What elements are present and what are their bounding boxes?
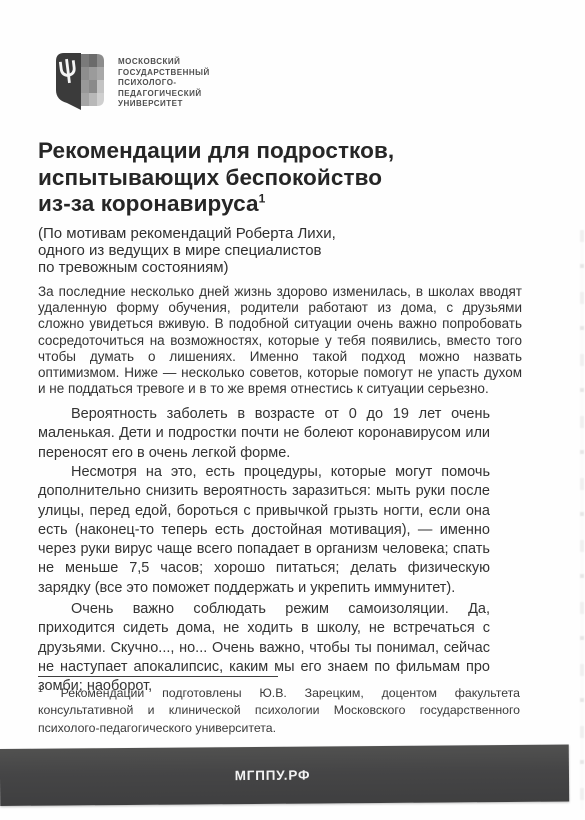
page-title: Рекомендации для подростков, испытывающи… bbox=[38, 138, 543, 218]
footnote: 1 Рекомендации подготовлены Ю.В. Зарецки… bbox=[38, 685, 520, 737]
title-block: Рекомендации для подростков, испытывающи… bbox=[38, 138, 543, 276]
document-page: МОСКОВСКИЙ ГОСУДАРСТВЕННЫЙ ПСИХОЛОГО- ПЕ… bbox=[0, 0, 585, 820]
title-line-text: из-за коронавируса bbox=[38, 191, 259, 216]
scan-artifact-right-edge bbox=[580, 230, 584, 810]
site-url: МГППУ.РФ bbox=[235, 768, 311, 784]
paragraph-self-isolation: Очень важно соблюдать режим самоизоляции… bbox=[38, 600, 490, 696]
psi-shield-icon bbox=[55, 52, 105, 114]
subtitle: (По мотивам рекомендаций Роберта Лихи, о… bbox=[38, 225, 543, 277]
title-line: Рекомендации для подростков, bbox=[38, 138, 543, 165]
subtitle-line: одного из ведущих в мире специалистов bbox=[38, 242, 543, 259]
footnote-separator bbox=[38, 676, 278, 677]
footnote-text: Рекомендации подготовлены Ю.В. Зарецким,… bbox=[38, 686, 520, 735]
subtitle-line: по тревожным состояниям) bbox=[38, 259, 543, 276]
title-line: из-за коронавируса1 bbox=[38, 191, 543, 218]
paragraph-intro: За последние несколько дней жизнь здоров… bbox=[38, 284, 522, 397]
paragraph-prevention: Несмотря на это, есть процедуры, которые… bbox=[38, 463, 490, 598]
subtitle-line: (По мотивам рекомендаций Роберта Лихи, bbox=[38, 225, 543, 242]
footer-bar: МГППУ.РФ bbox=[0, 745, 569, 806]
university-name-line: ПСИХОЛОГО- bbox=[118, 78, 210, 89]
footnote-marker: 1 bbox=[38, 684, 43, 694]
paragraph-probability: Вероятность заболеть в возрасте от 0 до … bbox=[38, 405, 490, 463]
title-line: испытывающих беспокойство bbox=[38, 165, 543, 192]
university-name-line: МОСКОВСКИЙ bbox=[118, 57, 210, 68]
university-logo bbox=[55, 52, 105, 114]
university-name-line: ГОСУДАРСТВЕННЫЙ bbox=[118, 68, 210, 79]
university-name-line: ПЕДАГОГИЧЕСКИЙ bbox=[118, 89, 210, 100]
university-name-line: УНИВЕРСИТЕТ bbox=[118, 99, 210, 110]
university-name: МОСКОВСКИЙ ГОСУДАРСТВЕННЫЙ ПСИХОЛОГО- ПЕ… bbox=[118, 57, 210, 110]
university-header: МОСКОВСКИЙ ГОСУДАРСТВЕННЫЙ ПСИХОЛОГО- ПЕ… bbox=[55, 52, 210, 114]
title-footnote-marker: 1 bbox=[259, 192, 266, 206]
